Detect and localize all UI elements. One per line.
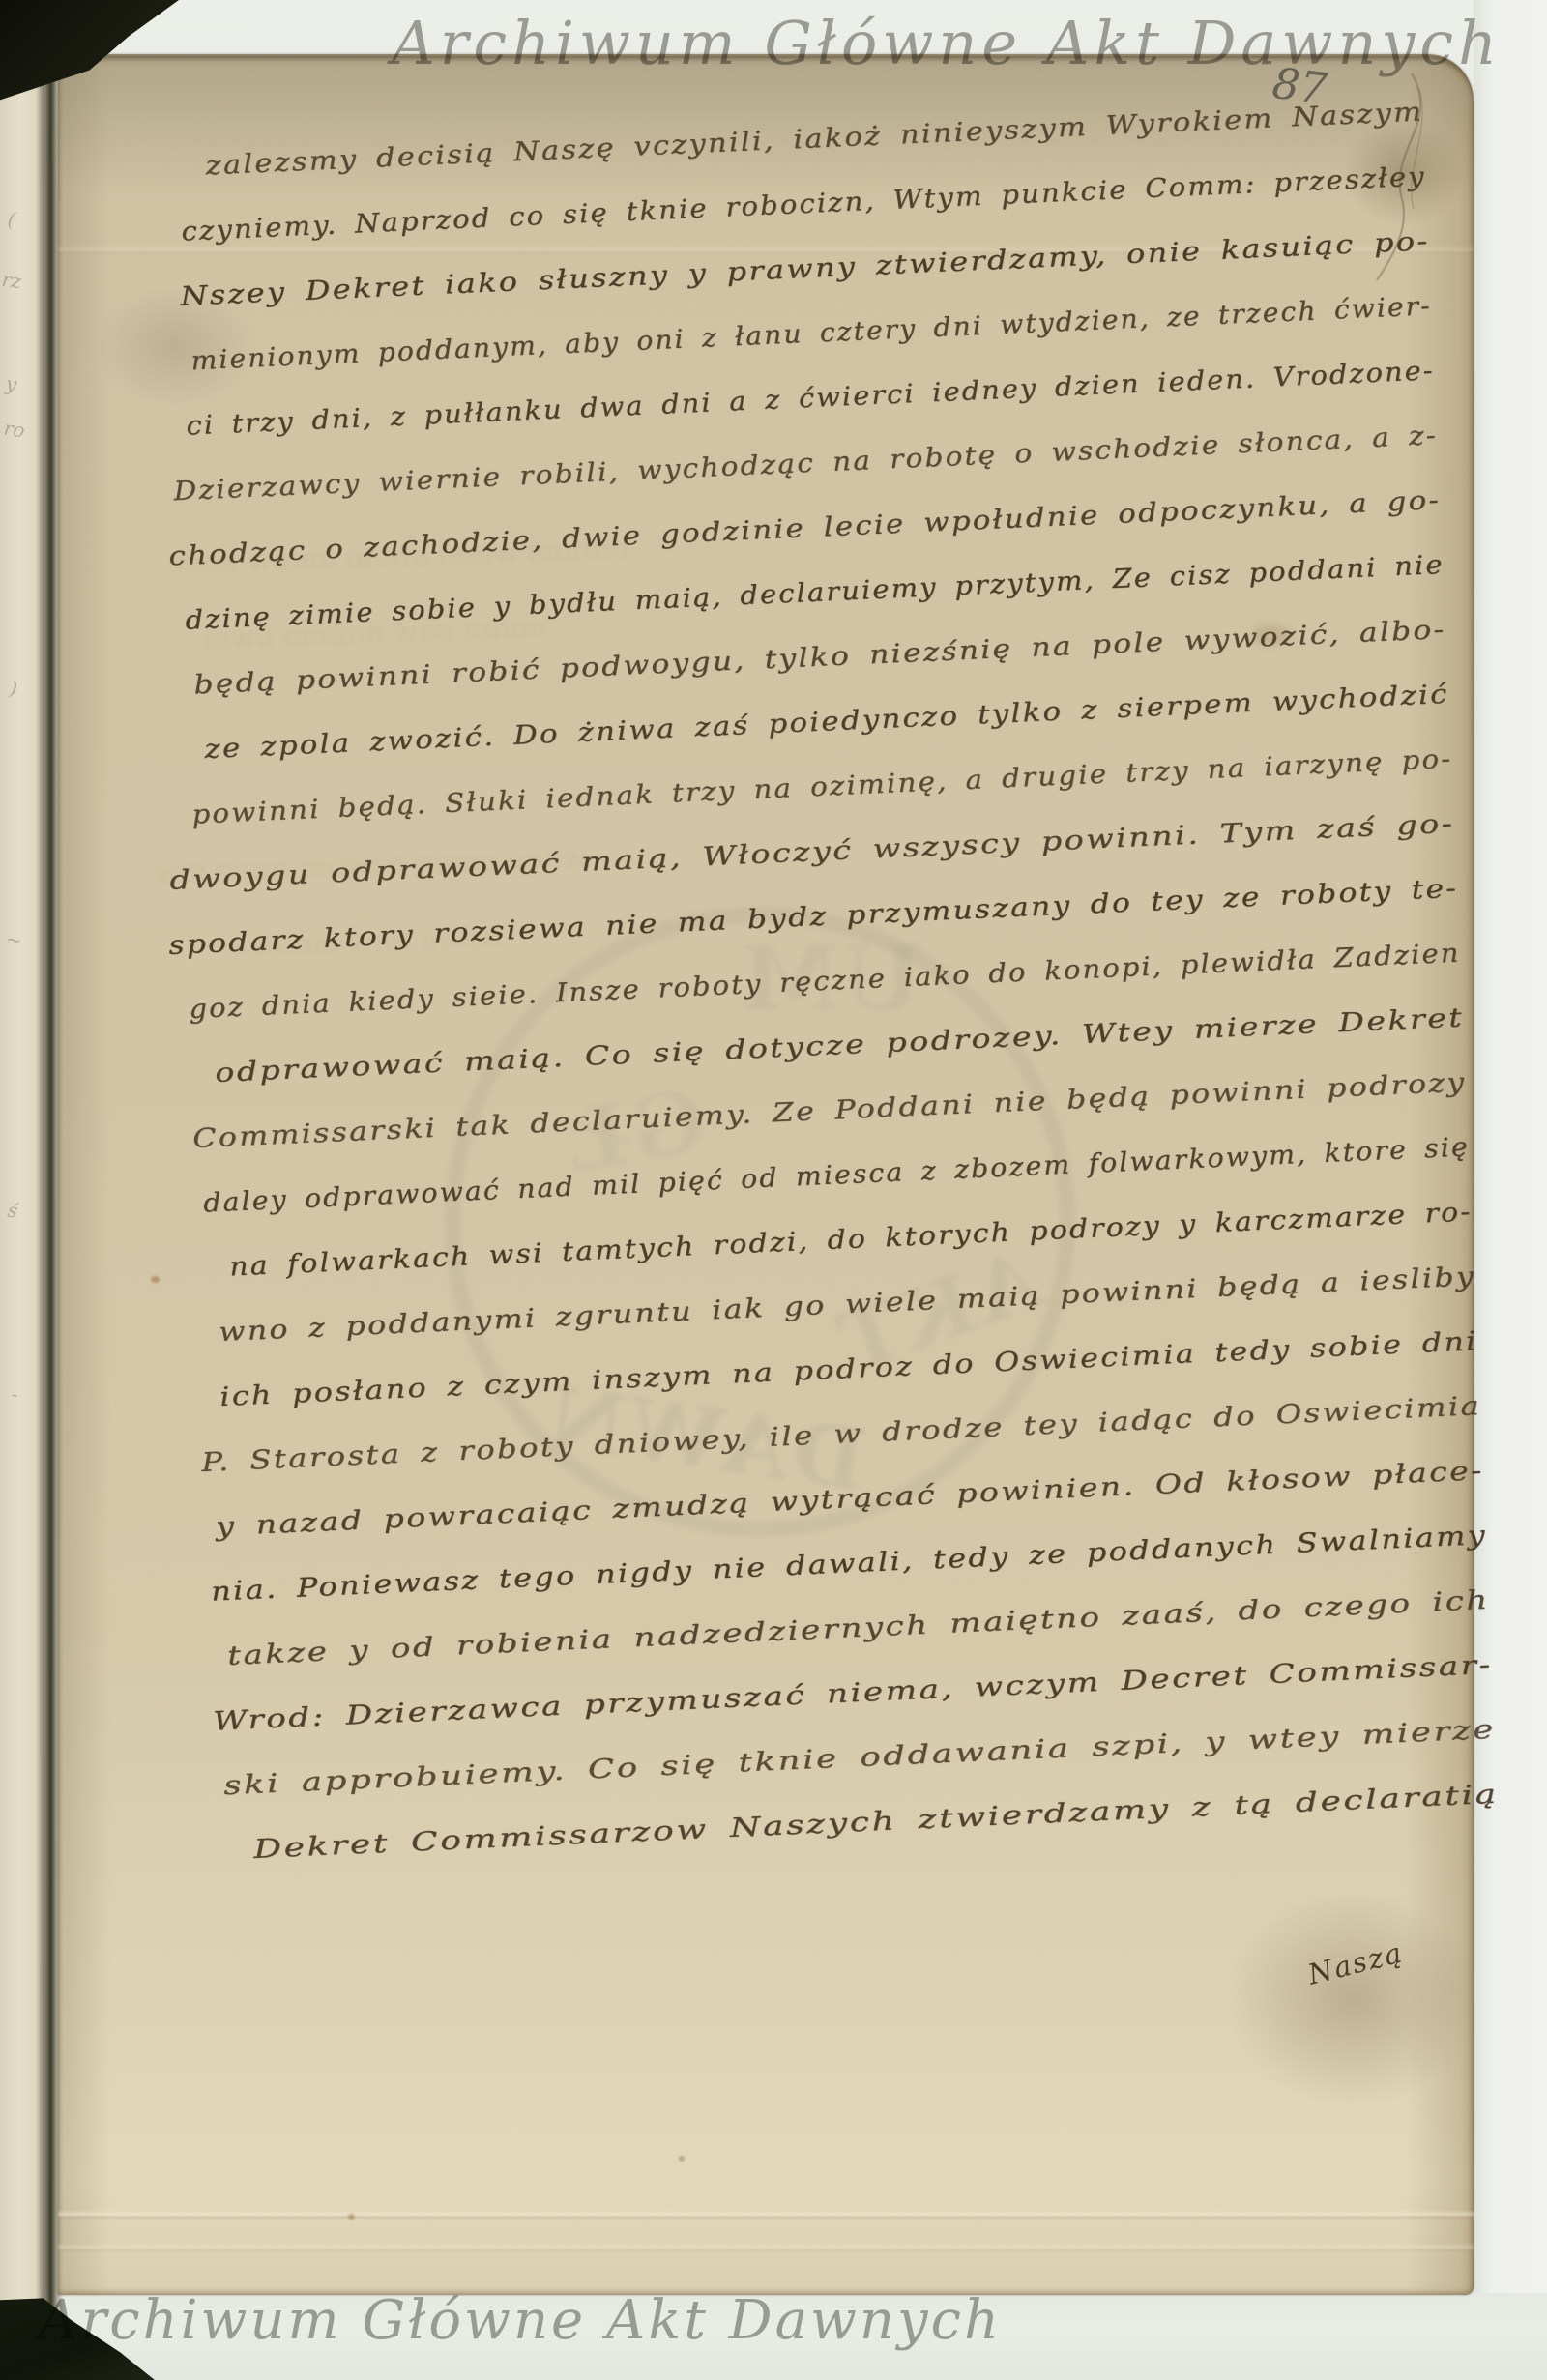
strip-ink-mark: - <box>10 1382 19 1407</box>
strip-ink-mark: ( <box>6 208 16 232</box>
corner-ink-flourish <box>1296 64 1460 286</box>
paper-crease <box>58 2243 1474 2252</box>
manuscript-line-text: zalezsmy decisią Naszę vczynili, iakoż n… <box>205 97 1424 181</box>
manuscript-scan: (rzyro)~ś- UM GŁ AKT DAWN onnum wnon uin… <box>0 0 1547 2380</box>
paper-stain <box>679 2156 685 2162</box>
handwriting-block: zalezsmy decisią Naszę vczynili, iakoż n… <box>172 96 1534 1900</box>
strip-ink-mark: ) <box>8 677 18 701</box>
catchword: Naszą <box>1304 1935 1406 1990</box>
strip-ink-mark: ~ <box>4 927 23 952</box>
strip-ink-mark: rz <box>0 268 22 294</box>
strip-ink-mark: ro <box>2 417 26 443</box>
strip-ink-mark: y <box>4 371 18 395</box>
paper-stain <box>151 1276 160 1283</box>
scan-background-bottom <box>0 2293 1547 2380</box>
paper-crease <box>58 2210 1474 2220</box>
manuscript-page: UM GŁ AKT DAWN onnum wnon uinno umuw nom… <box>58 54 1474 2295</box>
paper-stain <box>348 2214 355 2220</box>
strip-ink-mark: ś <box>6 1198 19 1222</box>
